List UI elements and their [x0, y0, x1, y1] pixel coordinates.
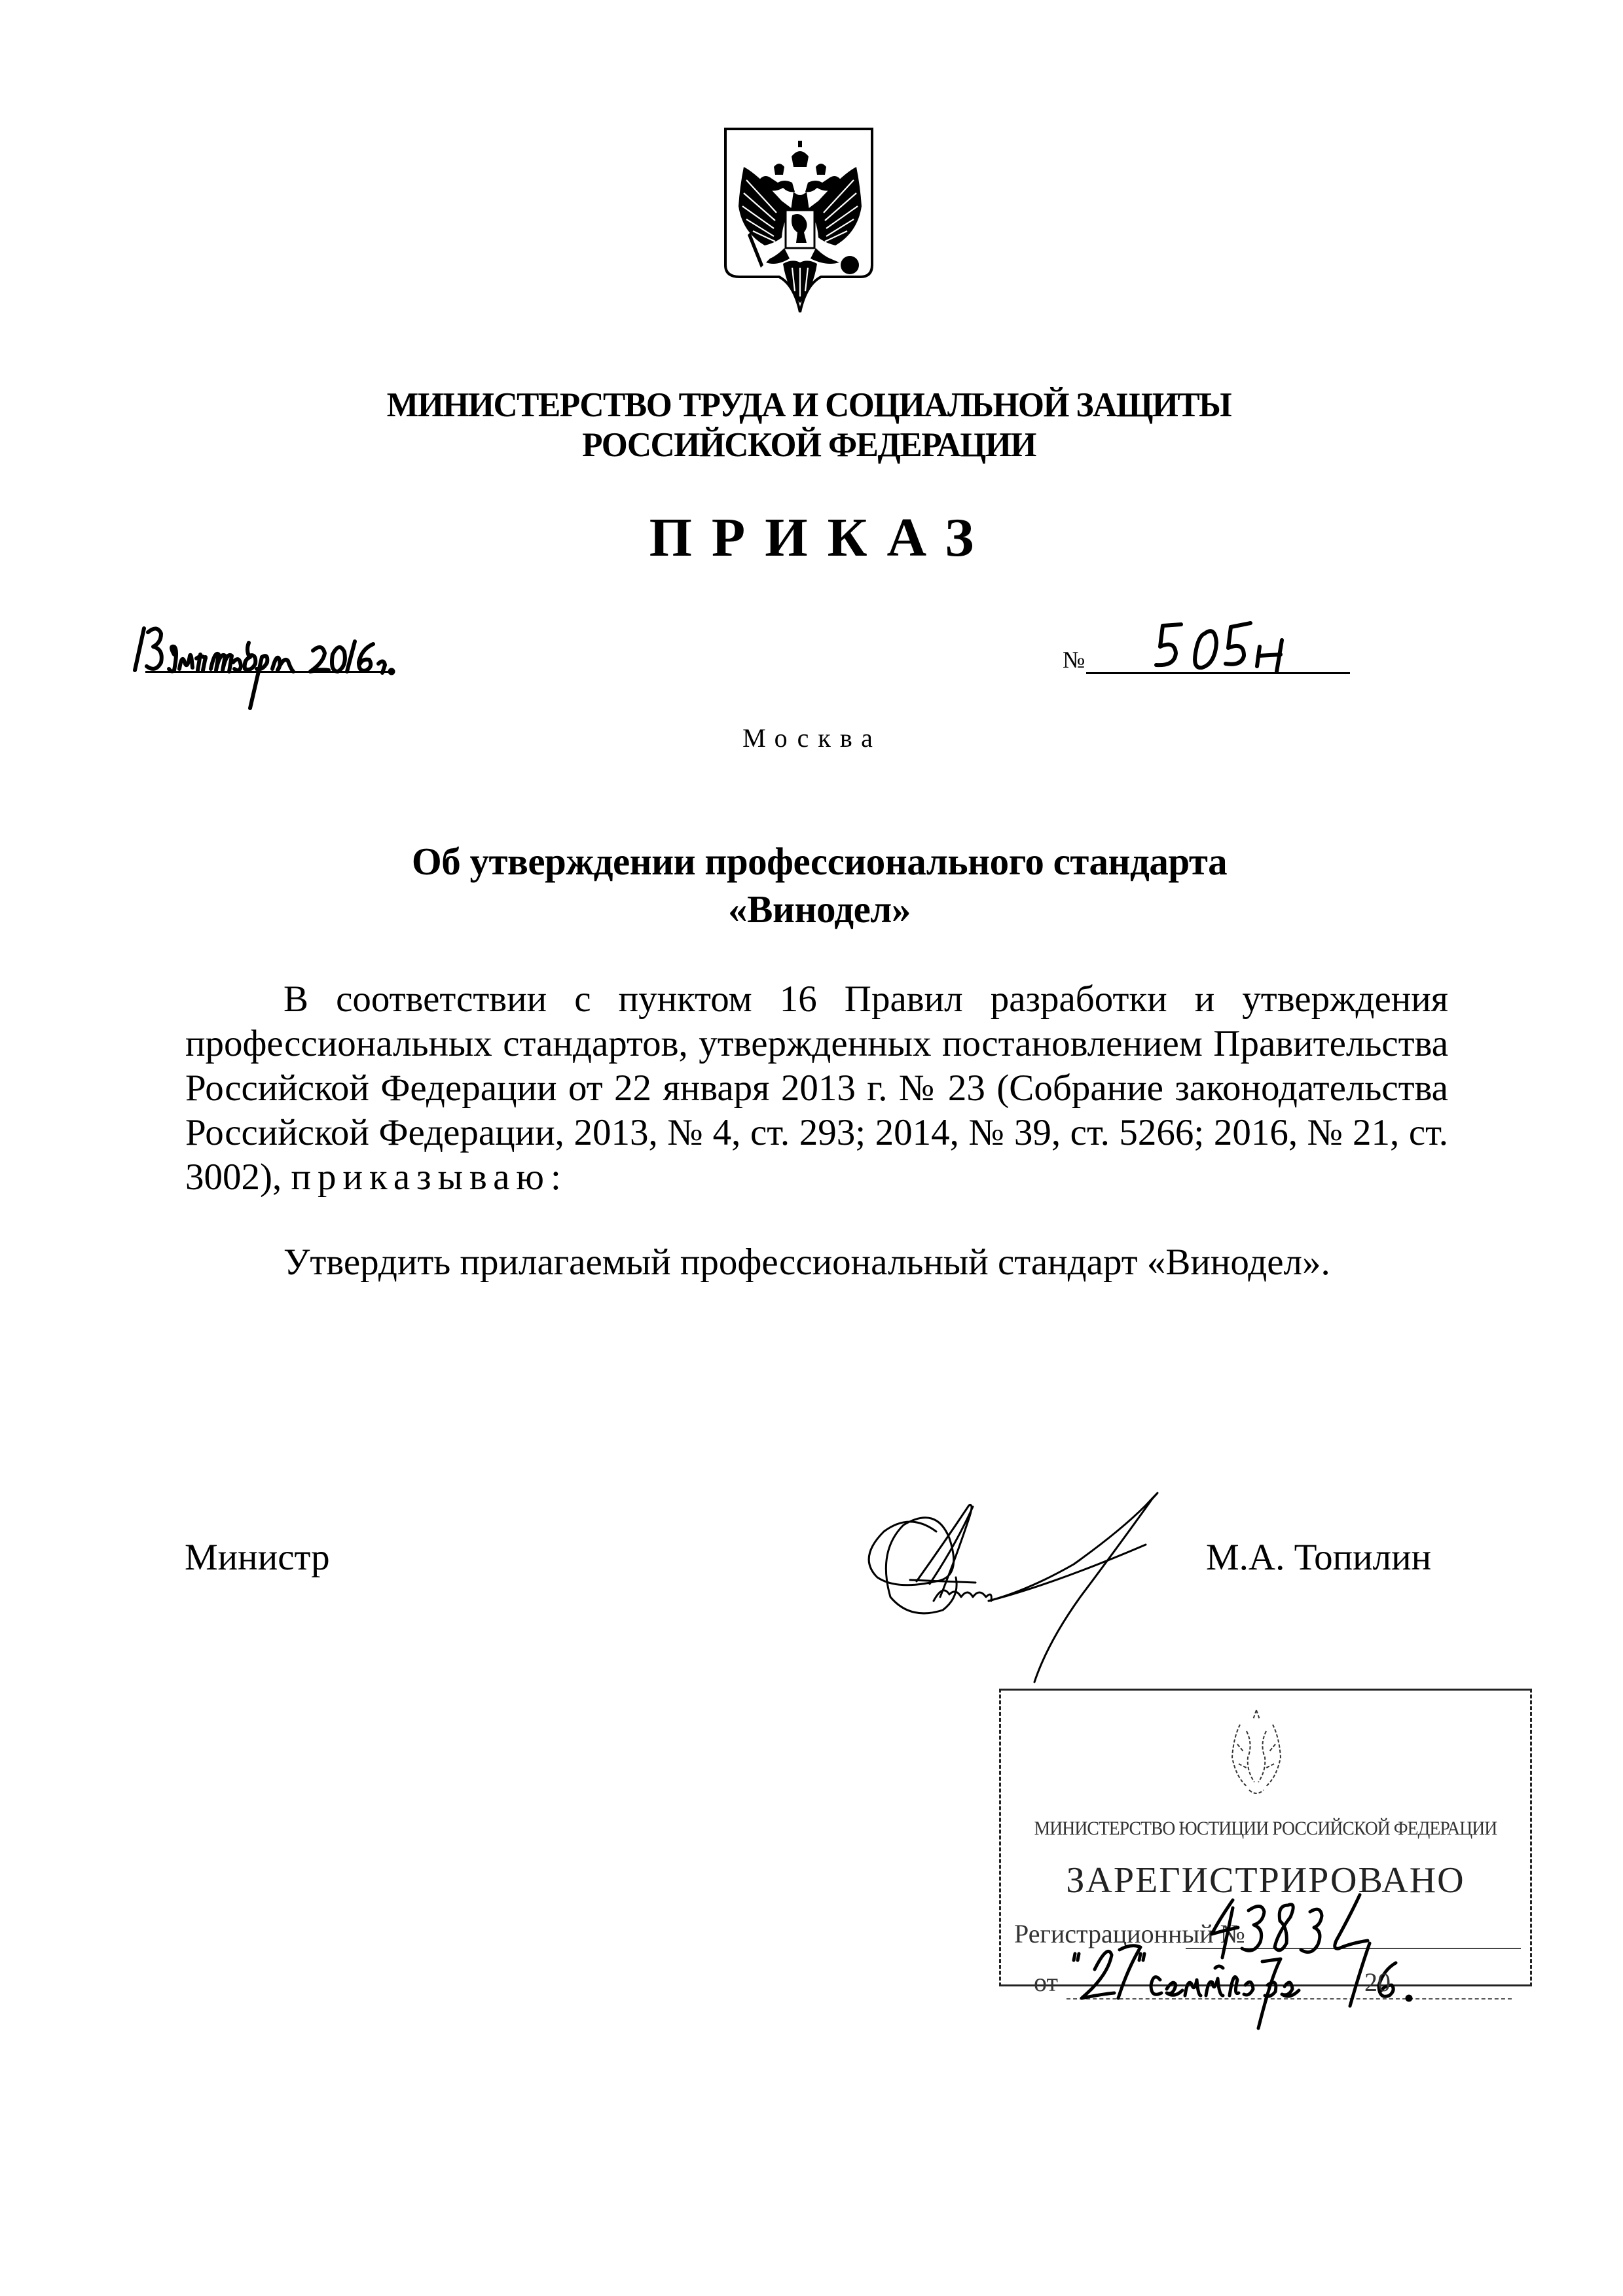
handwritten-order-number: 505н	[1152, 620, 1303, 677]
stamp-date-handwritten: "27" сентября 2016 г.	[1062, 1943, 1461, 2009]
handwritten-date: 13 сентября 2016 г.	[128, 617, 429, 695]
stamp-authority: МИНИСТЕРСТВО ЮСТИЦИИ РОССИЙСКОЙ ФЕДЕРАЦИ…	[1022, 1819, 1508, 1839]
signer-position: Министр	[185, 1535, 330, 1580]
document-title-line-1: Об утверждении профессионального стандар…	[8, 842, 1623, 881]
document-title-line-2: «Винодел»	[8, 890, 1623, 929]
ministry-name-line-2: РОССИЙСКОЙ ФЕДЕРАЦИИ	[22, 428, 1596, 463]
russian-coat-of-arms-icon	[724, 128, 876, 317]
ministry-name-line-1: МИНИСТЕРСТВО ТРУДА И СОЦИАЛЬНОЙ ЗАЩИТЫ	[22, 388, 1596, 423]
stamp-status: ЗАРЕГИСТРИРОВАНО	[1001, 1862, 1530, 1899]
handwritten-signature	[858, 1466, 1237, 1676]
stamp-year-prefix: 20	[1364, 1969, 1391, 1996]
decree-paragraph: Утвердить прилагаемый профессиональный с…	[283, 1240, 1330, 1285]
document-type: ПРИКАЗ	[0, 511, 1623, 565]
city: Москва	[0, 725, 1619, 751]
order-verb: приказываю:	[291, 1157, 567, 1198]
preamble-paragraph: В соответствии с пунктом 16 Правил разра…	[185, 977, 1448, 1200]
stamp-coat-of-arms-icon	[1220, 1705, 1292, 1797]
number-label: №	[1063, 648, 1085, 672]
signer-name: М.А. Топилин	[1206, 1535, 1431, 1580]
registration-stamp: МИНИСТЕРСТВО ЮСТИЦИИ РОССИЙСКОЙ ФЕДЕРАЦИ…	[999, 1689, 1532, 1986]
stamp-date-prefix: от	[1034, 1969, 1058, 1996]
